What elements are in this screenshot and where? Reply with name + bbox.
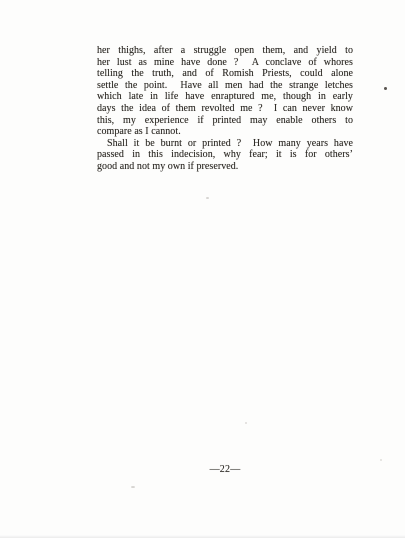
text-line: passed in this indecision, why fear; it …: [97, 149, 353, 161]
text-line: settle the point. Have all men had the s…: [97, 80, 353, 92]
page-number: —22—: [97, 464, 353, 475]
text-line: Shall it be burnt or printed ? How many …: [97, 138, 353, 150]
text-line: her lust as mine have done ? A conclave …: [97, 57, 353, 69]
text-line: telling the truth, and of Romish Priests…: [97, 68, 353, 80]
text-line: which late in life have enraptured me, t…: [97, 91, 353, 103]
ink-speck: [384, 87, 387, 90]
text-line: compare as I cannot.: [97, 126, 353, 138]
body-text: her thighs, after a struggle open them, …: [97, 45, 353, 173]
book-page: her thighs, after a struggle open them, …: [0, 0, 405, 538]
text-line: days the idea of them revolted me ? I ca…: [97, 103, 353, 115]
text-line: this, my experience if printed may enabl…: [97, 115, 353, 127]
text-line: good and not my own if preserved.: [97, 161, 353, 173]
ink-speck: [380, 459, 382, 461]
ink-speck: [245, 422, 247, 424]
text-line: her thighs, after a struggle open them, …: [97, 45, 353, 57]
ink-speck: [206, 197, 209, 199]
ink-speck: [131, 486, 135, 488]
